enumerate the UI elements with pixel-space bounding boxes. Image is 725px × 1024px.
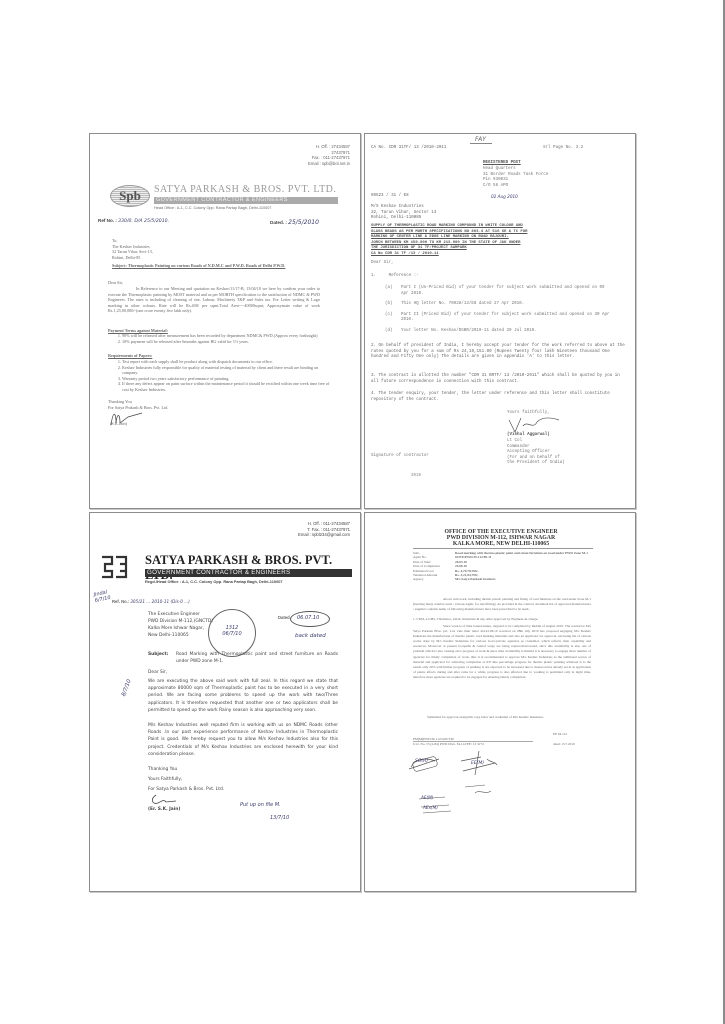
put-up-date: 13/7/10	[270, 815, 289, 821]
work-details-table: Sub:-Road marking with thermo plastic pa…	[413, 551, 591, 582]
request-paragraph: We are executing the above said work wit…	[148, 678, 338, 714]
reference-item: (a)Part I (Un-Priced Bid) of your tender…	[385, 286, 613, 297]
subject-line: Subject: Thermoplastic Painting on vario…	[112, 263, 332, 269]
ref-line: Ref No. : 330/0. D/A 25/5/2010.	[98, 218, 169, 225]
keshav-paragraph: M/s Keshav Industries well reputed firm …	[148, 722, 338, 758]
requirement-item: Keshav Industries fully responsible for …	[122, 365, 332, 376]
salutation: Dear Sir,	[108, 280, 123, 286]
payment-term: 90% will be released after measurement h…	[122, 333, 332, 339]
salutation: Dear Sir,	[148, 669, 167, 676]
contact-block: H. Off. : 27434587 27437971 Fax. : 011-2…	[308, 144, 350, 166]
subject-line: CA No CDR 31 TF /13 / 2010-11	[371, 252, 633, 258]
address-line: 32 Tarun Vihar, Sect-13,	[112, 249, 153, 255]
dated-value: 25/5/2010	[288, 219, 319, 226]
signatory-name: (S.K.Jain)	[110, 421, 127, 427]
letter-panel-applicator-request: H. Off. : 011-27434587 T. Fax. : 011-274…	[89, 512, 361, 892]
manufacturers-list: 1. CRSI, 2.GHS, 3 Reliance, 4.R.R. Indus…	[413, 617, 591, 622]
work-description-paragraph: Above said work, including thermo plasti…	[413, 597, 591, 612]
ref-number: 305/21 ... 2010-11 (Dis-0 ...)	[130, 599, 190, 604]
reference-item: (c)Part II (Priced Bid) of your tender f…	[385, 313, 613, 324]
ref-number: 330/0. D/A 25/5/2010.	[118, 219, 169, 224]
company-logo-icon	[100, 555, 130, 585]
email-address: Email : spb@bol.net.in	[308, 161, 350, 167]
signer-designation: Lt Col Commander Accepting Officer (For …	[507, 439, 565, 467]
ref-label: Ref No. :	[98, 218, 117, 223]
dated-value: 06.07.10	[297, 615, 319, 621]
company-tagline: GOVERNMENT CONTRACTOR & ENGINEERS	[145, 569, 352, 577]
ca-number: CA No. CDR 31TF/ 13 /2010-2011	[371, 146, 446, 152]
back-dated-note: back dated	[295, 633, 326, 639]
submission-paragraph: Submitted for approval alongwith copy le…	[413, 715, 591, 720]
head-office-address: Head Office : A-1, C.C. Colony Opp. Rana…	[154, 206, 271, 212]
dated-line: Dated. : 25/5/2010	[270, 220, 319, 226]
annotation-so: SO(R)	[415, 759, 428, 764]
recommendation-paragraph: Since work is of time bound nature, targ…	[413, 624, 591, 680]
signature-icon	[505, 414, 565, 434]
subject-block: Subject: Road Marking with Thermoplastic…	[148, 651, 338, 665]
repository-paragraph: 4. The tender enquiry, your tender, the …	[371, 392, 629, 403]
ee-designation: EE M-112	[553, 732, 567, 738]
stamp-text: 1312 06/7/10	[218, 625, 246, 637]
dated-label: Dated	[278, 615, 290, 621]
contract-number-paragraph: 3. The contract is allotted the number "…	[371, 374, 629, 385]
side-handwritten-note: 8/7/10	[121, 679, 133, 698]
requirements-heading: Requirements of Papers:	[108, 353, 152, 359]
annotation-aex: AEx(M)	[423, 805, 438, 810]
reference-list: (a)Part I (Un-Priced Bid) of your tender…	[385, 286, 613, 335]
logo-text: Spb	[119, 188, 141, 204]
letter-body: In Reference to our Meeting and quotatio…	[108, 286, 320, 314]
reference-item: (b)This HQ letter No. 70928/13/E8 dated …	[385, 302, 613, 308]
ref-line: Ref. No.: 305/21 ... 2010-11 (Dis-0 ...)	[112, 599, 190, 605]
fax-number: Fax. : 011-27437971	[308, 155, 350, 161]
letter-panel-approval-note: OFFICE OF THE EXECUTIVE ENGINEER PWD DIV…	[364, 512, 636, 892]
serial-page-number: Srl Page No. 3.2	[543, 146, 583, 152]
salutation: Dear Sir,	[371, 261, 394, 267]
signer-name: (Vishal Aggarwal)	[507, 433, 550, 439]
company-tagline: GOVERNMENT CONTRACTOR & ENGINEERS	[154, 197, 338, 204]
head-office-address: Regd./Head Office : A-1, C.C. Colony Opp…	[145, 579, 283, 585]
letter-panel-order-confirmation: H. Off. : 27434587 27437971 Fax. : 011-2…	[89, 133, 361, 509]
requirements-list: Test report with each supply shall be pr…	[108, 359, 332, 393]
company-name: SATYA PARKASH & BROS. PVT. LTD.	[154, 184, 336, 195]
closing: Thanking You	[148, 766, 177, 773]
address-line: Rohini, Delhi-85	[112, 255, 153, 261]
para-number: 1.	[371, 274, 376, 278]
annotation-ee: EE(M)	[471, 761, 484, 766]
recipient-address: To, The Keshav Industries 32 Tarun Vihar…	[112, 238, 153, 260]
address-line: C/O 56 APO	[483, 184, 548, 190]
year-label: 2010	[411, 474, 421, 480]
note-date: dated 13.7.2010	[553, 742, 575, 748]
subject-block: SUPPLY OF THERMOPLASTIC ROAD MARKING COM…	[371, 224, 633, 258]
reference-label: Reference :-	[389, 274, 419, 278]
requirement-item: If there any defect appear on paint surf…	[122, 381, 332, 392]
letter-panel-contract-acceptance: FAY CA No. CDR 31TF/ 13 /2010-2011 Srl P…	[364, 133, 636, 509]
reference-heading: 1. Reference :-	[371, 274, 419, 280]
contractor-signature-label: Signature of contractor	[371, 454, 429, 460]
payment-terms-list: 90% will be released after measurement h…	[108, 333, 332, 344]
yours-faithfully: Yours Faithfully,	[148, 776, 182, 783]
reference-number: 60523 / 31 / E8	[371, 194, 409, 200]
office-address: KALKA MORE, NEW DELHI-110065	[365, 541, 636, 548]
signature-icon	[148, 793, 178, 807]
contact-block: H. Off. : 011-27434587 T. Fax. : 011-274…	[298, 521, 350, 538]
reference-item: (d)Your letter No. Keshav/DGBR/2010-11 d…	[385, 329, 613, 335]
annotation-ae: AE(M)	[421, 795, 433, 800]
sender-address: Head Quarters 31 Border Roads Task Force…	[483, 167, 548, 189]
recipient-address: M/S Keshav Industries 32, Tarun Vihar, S…	[371, 205, 436, 222]
subject-text: Road Marking with Thermoplastic paint an…	[176, 651, 338, 665]
acceptance-paragraph: 2. On behalf of president of India, I he…	[371, 344, 629, 361]
uo-number: U.O. No. 55 (2-84) PWD Divn. M-112/EE/ 1…	[413, 742, 484, 748]
fay-handwritten-mark: FAY	[475, 136, 486, 143]
address-line: Rohini, Delhi-110085	[371, 216, 436, 222]
company-logo-icon: Spb	[110, 185, 150, 207]
dated-label: Dated. :	[270, 220, 287, 225]
closing: Thanking You	[108, 399, 132, 405]
registered-post-label: REGISTERED POST	[483, 161, 521, 167]
detail-row: AgencyM/s Satya Parkash brothers	[413, 577, 591, 581]
payment-term: 10% payment will be released after 6mont…	[122, 339, 332, 345]
letter-date: 02 Aug 2010	[491, 194, 518, 200]
signatory-name: (Er. S.K. Jain)	[148, 806, 180, 813]
recipient-address: The Executive Engineer PWD Division M-11…	[148, 611, 213, 639]
put-up-note: Put up on file M.	[240, 802, 281, 808]
